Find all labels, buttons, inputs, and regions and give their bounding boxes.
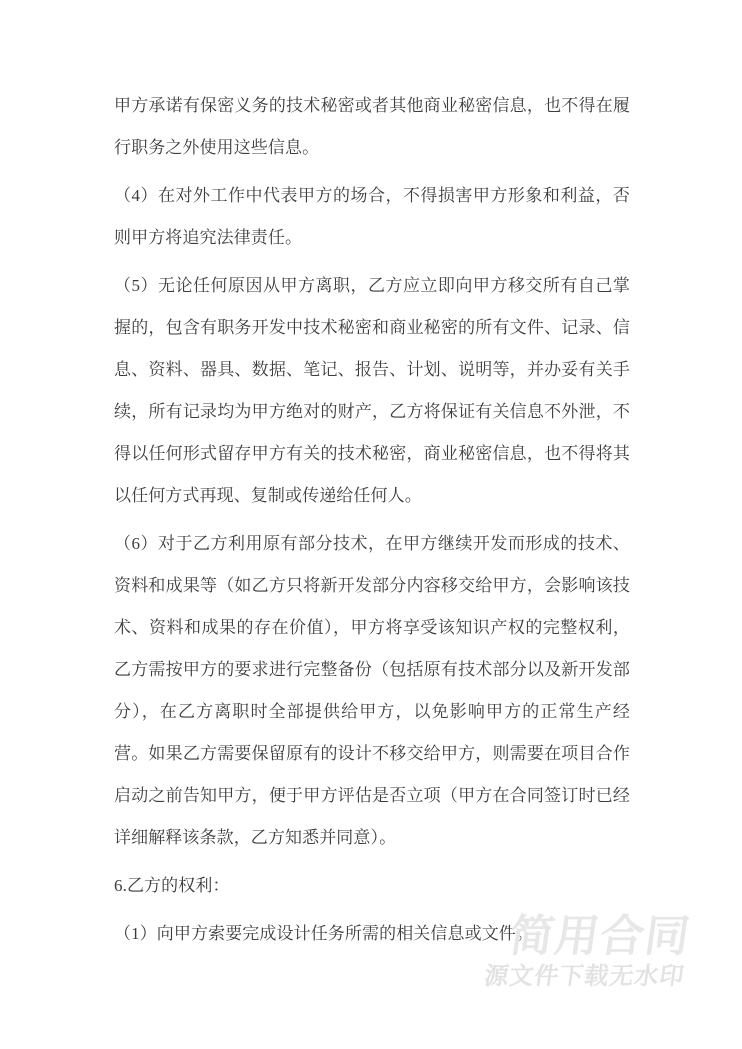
paragraph-clause-4: （4）在对外工作中代表甲方的场合，不得损害甲方形象和利益，否则甲方将追究法律责任…	[114, 175, 630, 259]
contract-body: 甲方承诺有保密义务的技术秘密或者其他商业秘密信息，也不得在履行职务之外使用这些信…	[114, 85, 630, 961]
contract-document-page: 甲方承诺有保密义务的技术秘密或者其他商业秘密信息，也不得在履行职务之外使用这些信…	[0, 0, 742, 1049]
section-heading-party-b-rights: 6.乙方的权利：	[114, 865, 630, 907]
paragraph-rights-clause-1: （1）向甲方索要完成设计任务所需的相关信息或文件。	[114, 913, 630, 955]
paragraph-confidentiality-continued: 甲方承诺有保密义务的技术秘密或者其他商业秘密信息，也不得在履行职务之外使用这些信…	[114, 85, 630, 169]
paragraph-clause-5: （5）无论任何原因从甲方离职，乙方应立即向甲方移交所有自己掌握的，包含有职务开发…	[114, 265, 630, 517]
watermark-subtitle: 源文件下载无水印	[483, 964, 687, 990]
paragraph-clause-6: （6）对于乙方利用原有部分技术，在甲方继续开发而形成的技术、资料和成果等（如乙方…	[114, 523, 630, 859]
